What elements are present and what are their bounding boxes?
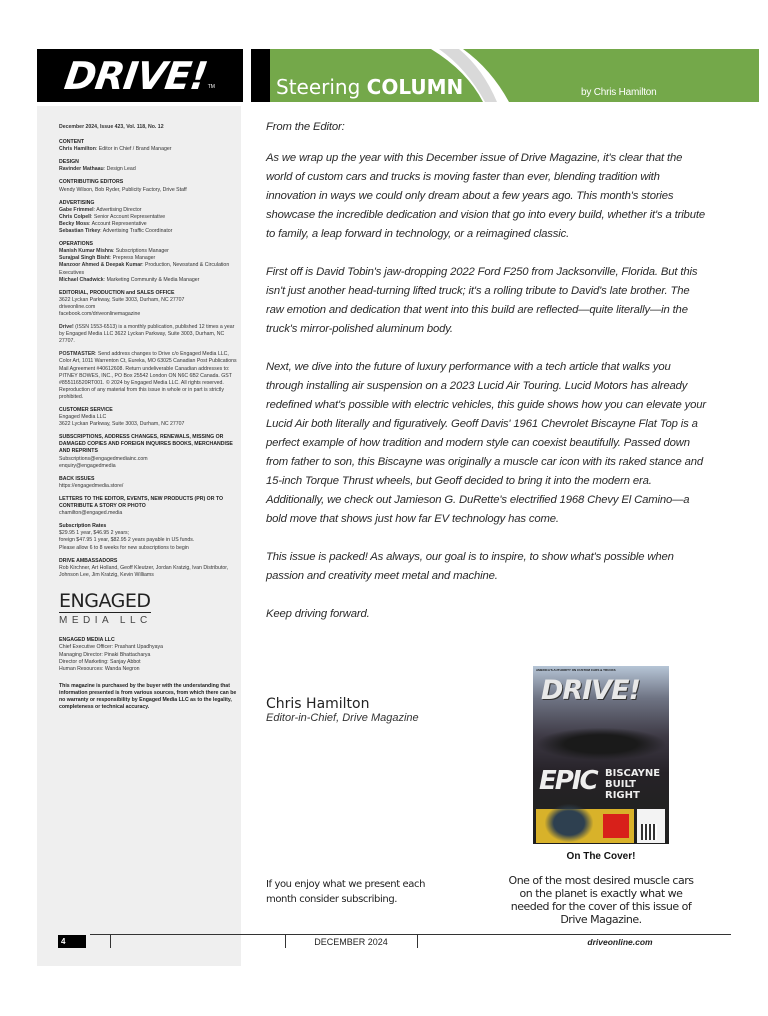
masthead-text: : Marketing Community & Media Manager	[104, 277, 200, 283]
masthead-name: Manish Kumar Mishra	[59, 248, 113, 254]
masthead-line: Gabe Frimmel: Advertising Director	[59, 207, 239, 214]
masthead-name: POSTMASTER	[59, 351, 95, 357]
masthead-name: Gabe Frimmel	[59, 207, 94, 213]
cover-headline-line: BUILT RIGHT	[605, 779, 669, 801]
masthead-text: : Senior Account Representative	[91, 214, 165, 220]
masthead-name: Surajpal Singh Bisht	[59, 255, 110, 261]
masthead-text: : Account Representative	[89, 221, 147, 227]
editor-letter: From the Editor: As we wrap up the year …	[266, 118, 706, 643]
masthead-block: Drive! (ISSN 1553-6513) is a monthly pub…	[59, 324, 239, 345]
masthead-line: Becky Moss: Account Representative	[59, 221, 239, 228]
masthead-sidebar: December 2024, Issue 423, Vol. 118, No. …	[37, 106, 241, 966]
masthead-text: : Advertising Traffic Coordinator	[100, 228, 172, 234]
engaged-media-line: Director of Marketing: Sanjay Abbot	[59, 659, 239, 666]
masthead-text: driveonline.com	[59, 304, 95, 310]
masthead-line: Drive! (ISSN 1553-6513) is a monthly pub…	[59, 324, 239, 345]
cover-logo: DRIVE!	[541, 675, 640, 706]
masthead-text: foreign $47.95 1 year, $82.95 2 years pa…	[59, 537, 194, 543]
masthead-heading: LETTERS TO THE EDITOR, EVENTS, NEW PRODU…	[59, 496, 239, 510]
masthead-text: : Advertising Director	[94, 207, 142, 213]
masthead-heading: CUSTOMER SERVICE	[59, 407, 239, 414]
engaged-logo-rule	[59, 612, 151, 614]
cover-truck-silhouette	[545, 804, 593, 842]
masthead-blocks: CONTENTChris Hamilton: Editor in Chief /…	[59, 139, 239, 579]
footer-divider	[417, 935, 418, 948]
masthead-heading: CONTRIBUTING EDITORS	[59, 179, 239, 186]
masthead-line: Michael Chadwick: Marketing Community & …	[59, 277, 239, 284]
masthead-heading: OPERATIONS	[59, 241, 239, 248]
masthead-line: $29.95 1 year, $46.95 2 years;	[59, 530, 239, 537]
engaged-media-block: ENGAGED MEDIA LLC Chief Executive Office…	[59, 637, 239, 672]
masthead-text: : Prepress Manager	[110, 255, 156, 261]
masthead-line: chamilton@engaged.media	[59, 510, 239, 517]
header-black-bar	[251, 49, 270, 102]
masthead-line: Manzoor Ahmed & Deepak Kumar: Production…	[59, 262, 239, 276]
engaged-media-line: Chief Executive Officer: Prashant Upadhy…	[59, 644, 239, 651]
masthead-block: LETTERS TO THE EDITOR, EVENTS, NEW PRODU…	[59, 496, 239, 517]
masthead-line: 3622 Lyckan Parkway, Suite 3003, Durham,…	[59, 421, 239, 428]
masthead-line: driveonline.com	[59, 304, 239, 311]
signature-role: Editor-in-Chief, Drive Magazine	[266, 712, 419, 724]
masthead-text: : Editor in Chief / Brand Manager	[96, 146, 172, 152]
masthead-text: facebook.com/driveonlinemagazine	[59, 311, 140, 317]
signature-name: Chris Hamilton	[266, 696, 370, 712]
masthead-block: ADVERTISINGGabe Frimmel: Advertising Dir…	[59, 200, 239, 235]
masthead-block: OPERATIONSManish Kumar Mishra: Subscript…	[59, 241, 239, 284]
masthead-text: Wendy Wilson, Bob Ryder, Publicity Facto…	[59, 187, 187, 193]
masthead-text: Subscriptions@engagedmediainc.com	[59, 456, 148, 462]
letter-paragraph: As we wrap up the year with this Decembe…	[266, 149, 706, 244]
masthead-name: Sebastian Tirkey	[59, 228, 100, 234]
masthead-line: https://engagedmedia.store/	[59, 483, 239, 490]
masthead-line: foreign $47.95 1 year, $82.95 2 years pa…	[59, 537, 239, 544]
masthead-block: EDITORIAL, PRODUCTION and SALES OFFICE36…	[59, 290, 239, 318]
engaged-media-heading: ENGAGED MEDIA LLC	[59, 637, 239, 644]
cover-red-badge	[603, 814, 629, 838]
masthead-heading: DESIGN	[59, 159, 239, 166]
footer-divider	[110, 935, 111, 948]
masthead-line: Sebastian Tirkey: Advertising Traffic Co…	[59, 228, 239, 235]
qr-code-icon	[641, 824, 657, 840]
masthead-text: 3622 Lyckan Parkway, Suite 3003, Durham,…	[59, 421, 184, 427]
masthead-heading: ADVERTISING	[59, 200, 239, 207]
cover-caption-title: On The Cover!	[533, 851, 669, 862]
letter-paragraph: First off is David Tobin's jaw-dropping …	[266, 263, 706, 339]
masthead-line: Engaged Media LLC	[59, 414, 239, 421]
cover-headline-big: EPIC	[539, 766, 597, 796]
issue-info: December 2024, Issue 423, Vol. 118, No. …	[59, 124, 239, 131]
masthead-text: $29.95 1 year, $46.95 2 years;	[59, 530, 129, 536]
footer-date: DECEMBER 2024	[286, 937, 416, 947]
masthead-heading: EDITORIAL, PRODUCTION and SALES OFFICE	[59, 290, 239, 297]
masthead-line: Chris Colpell: Senior Account Representa…	[59, 214, 239, 221]
masthead-line: Chris Hamilton: Editor in Chief / Brand …	[59, 146, 239, 153]
cover-car-silhouette	[537, 728, 665, 760]
cover-caption: One of the most desired muscle cars on t…	[508, 874, 694, 926]
column-title: Steering COLUMN	[276, 76, 463, 98]
masthead-block: DRIVE AMBASSADORSRob Kirchner, Art Holla…	[59, 558, 239, 579]
masthead-name: Chris Colpell	[59, 214, 91, 220]
masthead-text: chamilton@engaged.media	[59, 510, 122, 516]
masthead-text: https://engagedmedia.store/	[59, 483, 123, 489]
masthead-block: POSTMASTER: Send address changes to Driv…	[59, 351, 239, 401]
masthead-heading: DRIVE AMBASSADORS	[59, 558, 239, 565]
masthead-block: BACK ISSUEShttps://engagedmedia.store/	[59, 476, 239, 490]
masthead-line: POSTMASTER: Send address changes to Driv…	[59, 351, 239, 401]
engaged-logo-bottom: MEDIA LLC	[59, 615, 239, 627]
masthead-heading: CONTENT	[59, 139, 239, 146]
masthead-text: : Subscriptions Manager	[113, 248, 169, 254]
letter-closing: Keep driving forward.	[266, 605, 706, 624]
magazine-cover-image: AMERICA'S AUTHORITY ON CUSTOM CARS & TRU…	[533, 666, 669, 844]
letter-paragraph: This issue is packed! As always, our goa…	[266, 548, 706, 586]
masthead-text: Engaged Media LLC	[59, 414, 106, 420]
masthead-line: 3622 Lyckan Parkway, Suite 3003, Durham,…	[59, 297, 239, 304]
drive-logo-text: DRIVE!	[62, 54, 210, 98]
column-title-bold: COLUMN	[367, 75, 464, 99]
masthead-block: Subscription Rates$29.95 1 year, $46.95 …	[59, 523, 239, 551]
masthead-block: CONTENTChris Hamilton: Editor in Chief /…	[59, 139, 239, 153]
masthead-name: Drive!	[59, 324, 74, 330]
masthead-line: Rob Kirchner, Art Holland, Geoff Kleutze…	[59, 565, 239, 579]
masthead-line: facebook.com/driveonlinemagazine	[59, 311, 239, 318]
letter-greeting: From the Editor:	[266, 118, 706, 137]
masthead-block: CONTRIBUTING EDITORSWendy Wilson, Bob Ry…	[59, 179, 239, 193]
engaged-logo-top: ENGAGED	[59, 591, 239, 611]
masthead-heading: Subscription Rates	[59, 523, 239, 530]
engaged-media-logo: ENGAGED MEDIA LLC	[59, 591, 239, 628]
masthead-block: SUBSCRIPTIONS, ADDRESS CHANGES, RENEWALS…	[59, 434, 239, 469]
engaged-media-line: Managing Director: Pinaki Bhattacharya	[59, 652, 239, 659]
cover-headline-small: BISCAYNE BUILT RIGHT	[605, 768, 669, 801]
masthead-line: Wendy Wilson, Bob Ryder, Publicity Facto…	[59, 187, 239, 194]
masthead-text: (ISSN 1553-6513) is a monthly publicatio…	[59, 324, 234, 344]
masthead-text: Rob Kirchner, Art Holland, Geoff Kleutze…	[59, 565, 228, 578]
masthead-line: Manish Kumar Mishra: Subscriptions Manag…	[59, 248, 239, 255]
cover-topline: AMERICA'S AUTHORITY ON CUSTOM CARS & TRU…	[536, 668, 616, 672]
masthead-name: Ravinder Mathaau	[59, 166, 104, 172]
letter-paragraph: Next, we dive into the future of luxury …	[266, 358, 706, 529]
masthead-text: enquiry@engagedmedia	[59, 463, 116, 469]
masthead-line: Surajpal Singh Bisht: Prepress Manager	[59, 255, 239, 262]
trademark-mark: TM	[208, 84, 215, 90]
masthead-text: : Design Lead	[104, 166, 136, 172]
masthead-line: Subscriptions@engagedmediainc.com	[59, 456, 239, 463]
masthead-line: enquiry@engagedmedia	[59, 463, 239, 470]
masthead-name: Manzoor Ahmed & Deepak Kumar	[59, 262, 142, 268]
drive-logo: DRIVE! TM	[37, 49, 243, 102]
masthead-block: CUSTOMER SERVICEEngaged Media LLC3622 Ly…	[59, 407, 239, 428]
column-title-light: Steering	[276, 75, 367, 99]
masthead-heading: BACK ISSUES	[59, 476, 239, 483]
column-byline: by Chris Hamilton	[581, 87, 657, 98]
footer-rule	[90, 934, 731, 935]
footer-website: driveonline.com	[560, 937, 680, 947]
masthead-name: Chris Hamilton	[59, 146, 96, 152]
masthead-block: DESIGNRavinder Mathaau: Design Lead	[59, 159, 239, 173]
masthead-line: Please allow 6 to 8 weeks for new subscr…	[59, 545, 239, 552]
masthead-name: Becky Moss	[59, 221, 89, 227]
masthead-name: Michael Chadwick	[59, 277, 104, 283]
masthead-text: : Send address changes to Drive c/o Enga…	[59, 351, 237, 400]
masthead-heading: SUBSCRIPTIONS, ADDRESS CHANGES, RENEWALS…	[59, 434, 239, 455]
page-number: 4	[58, 935, 86, 948]
masthead-text: 3622 Lyckan Parkway, Suite 3003, Durham,…	[59, 297, 184, 303]
legal-disclaimer: This magazine is purchased by the buyer …	[59, 683, 239, 711]
subscribe-note: If you enjoy what we present each month …	[266, 877, 446, 907]
cover-headline-line: BISCAYNE	[605, 768, 669, 779]
masthead-line: Ravinder Mathaau: Design Lead	[59, 166, 239, 173]
engaged-media-line: Human Resources: Wanda Negron	[59, 666, 239, 673]
masthead-text: Please allow 6 to 8 weeks for new subscr…	[59, 545, 189, 551]
